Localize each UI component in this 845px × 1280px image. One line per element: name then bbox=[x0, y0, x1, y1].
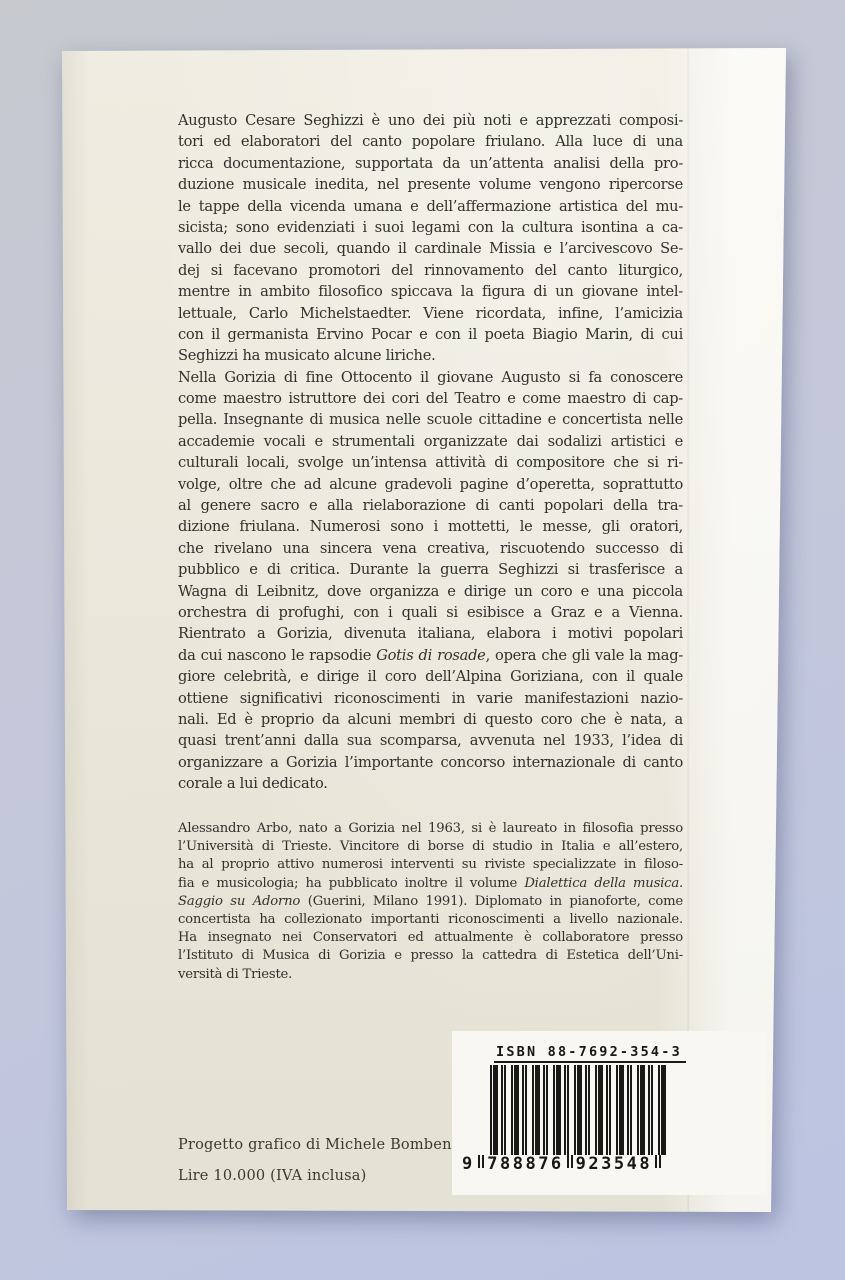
text-line: Alessandro Arbo, nato a Gorizia nel 1963… bbox=[178, 820, 683, 838]
text-line: duzione musicale inedita, nel presente v… bbox=[178, 174, 683, 195]
text-line: volge, oltre che ad alcune gradevoli pag… bbox=[178, 474, 683, 495]
text-line: lettuale, Carlo Michelstaedter. Viene ri… bbox=[178, 303, 683, 324]
text-line: l’Istituto di Musica di Gorizia e presso… bbox=[178, 947, 683, 965]
text-line: dizione friulana. Numerosi sono i mottet… bbox=[178, 516, 683, 537]
text-line: nali. Ed è proprio da alcuni membri di q… bbox=[178, 709, 683, 730]
text-line: che rivelano una sincera vena creativa, … bbox=[178, 538, 683, 559]
price-label: Lire 10.000 (IVA inclusa) bbox=[178, 1161, 452, 1192]
text-line: Saggio su Adorno (Guerini, Milano 1991).… bbox=[178, 893, 683, 911]
text-line: tori ed elaboratori del canto popolare f… bbox=[178, 131, 683, 152]
text-line: ottiene significativi riconoscimenti in … bbox=[178, 688, 683, 709]
barcode-bars bbox=[490, 1065, 668, 1155]
publisher-credits: Progetto grafico di Michele Bomben Lire … bbox=[178, 1130, 452, 1192]
blurb-text: Augusto Cesare Seghizzi è uno dei più no… bbox=[178, 110, 683, 795]
text-line: le tappe della vicenda umana e dell’affe… bbox=[178, 196, 683, 217]
text-line: pella. Insegnante di musica nelle scuole… bbox=[178, 409, 683, 430]
ean-barcode: 9 788876 923548 bbox=[490, 1065, 668, 1173]
text-line: quasi trent’anni dalla sua scomparsa, av… bbox=[178, 730, 683, 751]
author-bio-text: Alessandro Arbo, nato a Gorizia nel 1963… bbox=[178, 820, 683, 984]
ean-digits-row: 9 788876 923548 bbox=[462, 1155, 668, 1173]
text-line: pubblico e di critica. Durante la guerra… bbox=[178, 559, 683, 580]
text-line: Seghizzi ha musicato alcune liriche. bbox=[178, 345, 683, 366]
text-line: giore celebrità, e dirige il coro dell’A… bbox=[178, 666, 683, 687]
text-line: Nella Gorizia di fine Ottocento il giova… bbox=[178, 367, 683, 388]
text-line: l’Università di Trieste. Vincitore di bo… bbox=[178, 838, 683, 856]
text-line: concertista ha collezionato importanti r… bbox=[178, 911, 683, 929]
text-line: come maestro istruttore dei cori del Tea… bbox=[178, 388, 683, 409]
cover-surface: Augusto Cesare Seghizzi è uno dei più no… bbox=[62, 48, 790, 1212]
text-line: dej si facevano promotori del rinnovamen… bbox=[178, 260, 683, 281]
book-back-cover: Augusto Cesare Seghizzi è uno dei più no… bbox=[62, 48, 790, 1212]
text-line: Ha insegnato nei Conservatori ed attualm… bbox=[178, 929, 683, 947]
scan-background: Augusto Cesare Seghizzi è uno dei più no… bbox=[0, 0, 845, 1280]
text-line: ha al proprio attivo numerosi interventi… bbox=[178, 856, 683, 874]
text-line: orchestra di profughi, con i quali si es… bbox=[178, 602, 683, 623]
text-line: ricca documentazione, supportata da un’a… bbox=[178, 153, 683, 174]
text-line: versità di Trieste. bbox=[178, 966, 683, 984]
text-line: vallo dei due secoli, quando il cardinal… bbox=[178, 238, 683, 259]
barcode-panel: ISBN 88-7692-354-3 9 788876 923548 bbox=[452, 1031, 767, 1195]
ean-group-2: 923548 bbox=[573, 1155, 655, 1173]
barcode-guard-right bbox=[655, 1155, 661, 1168]
text-line: corale a lui dedicato. bbox=[178, 773, 683, 794]
text-line: fia e musicologia; ha pubblicato inoltre… bbox=[178, 875, 683, 893]
text-line: Wagna di Leibnitz, dove organizza e diri… bbox=[178, 581, 683, 602]
text-line: mentre in ambito filosofico spiccava la … bbox=[178, 281, 683, 302]
text-line: al genere sacro e alla rielaborazione di… bbox=[178, 495, 683, 516]
text-line: Rientrato a Gorizia, divenuta italiana, … bbox=[178, 623, 683, 644]
text-line: sicista; sono evidenziati i suoi legami … bbox=[178, 217, 683, 238]
isbn-label: ISBN 88-7692-354-3 bbox=[494, 1044, 686, 1063]
text-line: organizzare a Gorizia l’importante conco… bbox=[178, 752, 683, 773]
ean-group-1: 788876 bbox=[484, 1155, 566, 1173]
ean-left-digit: 9 bbox=[462, 1155, 472, 1173]
text-line: accademie vocali e strumentali organizza… bbox=[178, 431, 683, 452]
design-credit: Progetto grafico di Michele Bomben bbox=[178, 1130, 452, 1161]
text-line: culturali locali, svolge un’intensa atti… bbox=[178, 452, 683, 473]
text-line: da cui nascono le rapsodie Gotis di rosa… bbox=[178, 645, 683, 666]
text-line: Augusto Cesare Seghizzi è uno dei più no… bbox=[178, 110, 683, 131]
text-line: con il germanista Ervino Pocar e con il … bbox=[178, 324, 683, 345]
